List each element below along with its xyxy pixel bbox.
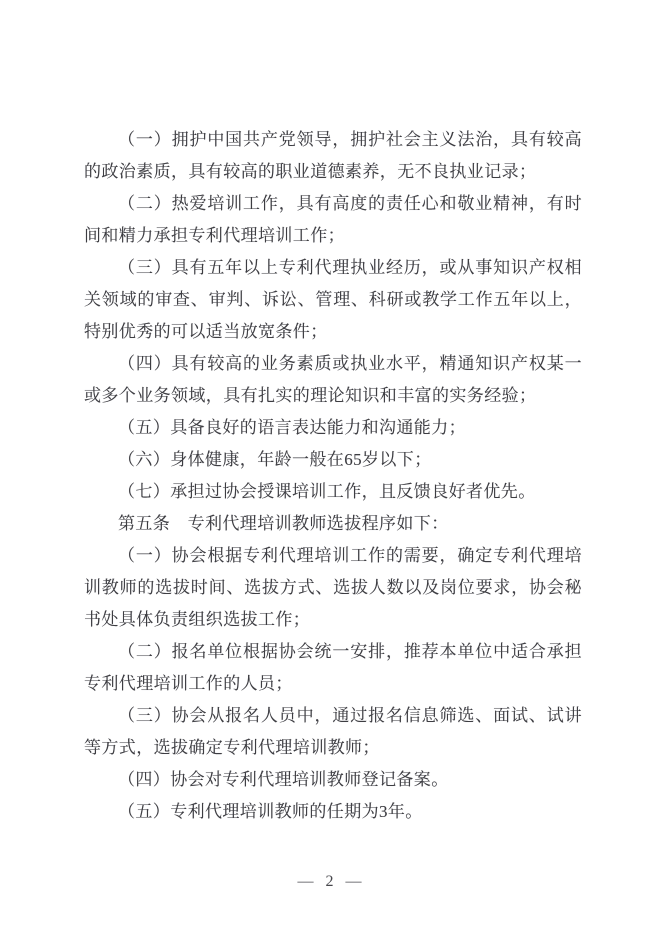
paragraph: （四）协会对专利代理培训教师登记备案。: [84, 764, 582, 796]
page-number: — 2 —: [298, 873, 366, 890]
paragraph: 第五条 专利代理培训教师选拔程序如下：: [84, 508, 582, 540]
document-body: （一）拥护中国共产党领导，拥护社会主义法治，具有较高的政治素质，具有较高的职业道…: [84, 124, 582, 828]
paragraph: （七）承担过协会授课培训工作，且反馈良好者优先。: [84, 476, 582, 508]
paragraph: （四）具有较高的业务素质或执业水平，精通知识产权某一或多个业务领域，具有扎实的理…: [84, 348, 582, 412]
paragraph: （五）专利代理培训教师的任期为3年。: [84, 796, 582, 828]
paragraph: （二）报名单位根据协会统一安排，推荐本单位中适合承担专利代理培训工作的人员；: [84, 636, 582, 700]
paragraph: （二）热爱培训工作，具有高度的责任心和敬业精神，有时间和精力承担专利代理培训工作…: [84, 188, 582, 252]
paragraph: （三）协会从报名人员中，通过报名信息筛选、面试、试讲等方式，选拔确定专利代理培训…: [84, 700, 582, 764]
paragraph: （一）协会根据专利代理培训工作的需要，确定专利代理培训教师的选拔时间、选拔方式、…: [84, 540, 582, 636]
paragraph: （五）具备良好的语言表达能力和沟通能力；: [84, 412, 582, 444]
paragraph: （三）具有五年以上专利代理执业经历，或从事知识产权相关领域的审查、审判、诉讼、管…: [84, 252, 582, 348]
paragraph: （六）身体健康，年龄一般在65岁以下；: [84, 444, 582, 476]
paragraph: （一）拥护中国共产党领导，拥护社会主义法治，具有较高的政治素质，具有较高的职业道…: [84, 124, 582, 188]
page-footer: — 2 —: [0, 868, 663, 896]
scanned-document-page: （一）拥护中国共产党领导，拥护社会主义法治，具有较高的政治素质，具有较高的职业道…: [0, 0, 663, 944]
